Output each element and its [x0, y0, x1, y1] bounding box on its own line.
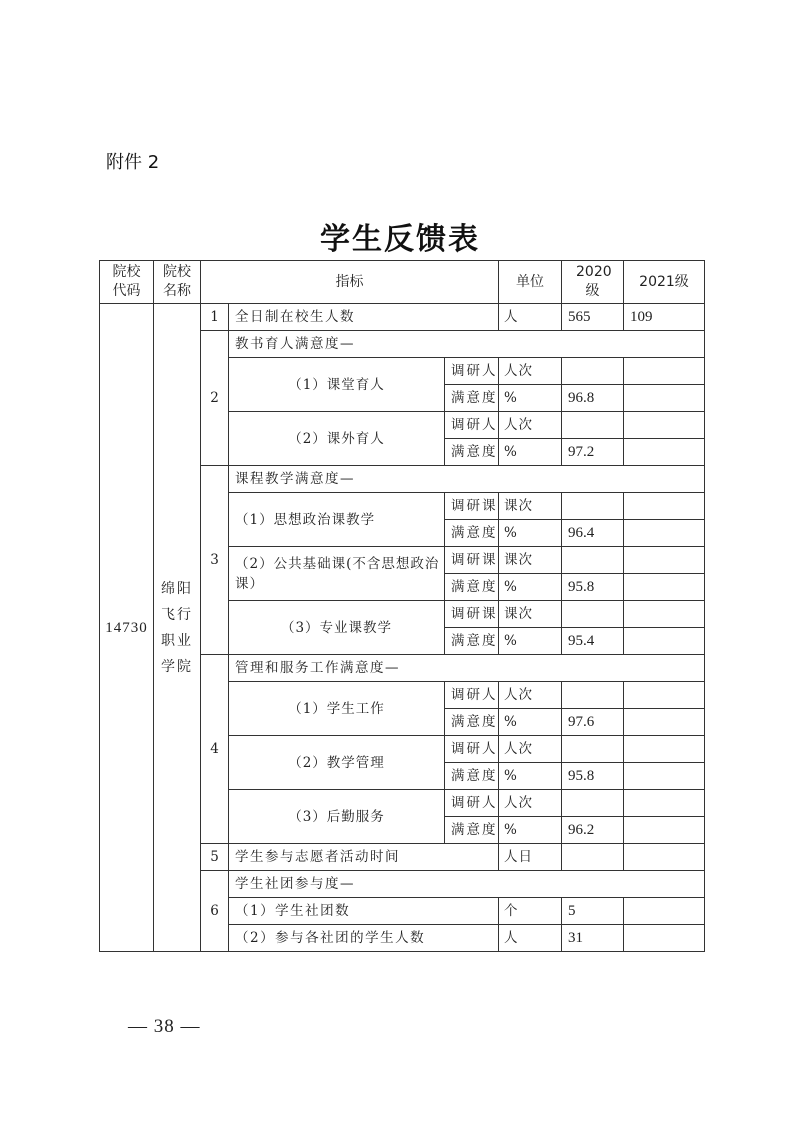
feedback-table: 院校代码 院校名称 指标 单位 2020级 2021级 备注 14730 绵阳飞…: [99, 260, 705, 952]
table-row: 14730 绵阳飞行职业学院 1 全日制在校生人数 人 565 109: [100, 304, 705, 331]
sub-item: （1）课堂育人: [229, 358, 445, 412]
value-2020: [562, 736, 624, 763]
sub-item: （3）后勤服务: [229, 790, 445, 844]
value-2021: [624, 385, 705, 412]
value-2021: [624, 547, 705, 574]
unit: %: [499, 385, 562, 412]
value-2021: [624, 844, 705, 871]
sub-item: （1）学生社团数: [229, 898, 499, 925]
sub-item: （2）参与各社团的学生人数: [229, 925, 499, 952]
group-title: 课程教学满意度—: [229, 466, 705, 493]
unit: 人次: [499, 790, 562, 817]
header-row: 院校代码 院校名称 指标 单位 2020级 2021级 备注: [100, 261, 705, 304]
unit: %: [499, 439, 562, 466]
value-2021: [624, 709, 705, 736]
value-2021: [624, 763, 705, 790]
metric: 调研人次: [445, 682, 499, 709]
school-name: 绵阳飞行职业学院: [154, 304, 201, 952]
header-indicator: 指标: [201, 261, 499, 304]
sub-item: （1）学生工作: [229, 682, 445, 736]
metric: 调研人次: [445, 358, 499, 385]
unit: %: [499, 709, 562, 736]
header-2021: 2021级: [624, 261, 705, 304]
unit: %: [499, 628, 562, 655]
indicator: 全日制在校生人数: [229, 304, 499, 331]
metric: 满意度: [445, 763, 499, 790]
value-2020: [562, 682, 624, 709]
unit: %: [499, 763, 562, 790]
metric: 调研人次: [445, 736, 499, 763]
page-number: — 38 —: [128, 1016, 201, 1038]
value-2020: [562, 358, 624, 385]
row-number: 3: [201, 466, 229, 655]
page-title: 学生反馈表: [0, 214, 794, 258]
value-2020: 565: [562, 304, 624, 331]
value-2020: [562, 790, 624, 817]
metric: 调研课次: [445, 601, 499, 628]
unit: 人次: [499, 412, 562, 439]
metric: 调研课次: [445, 493, 499, 520]
value-2021: [624, 817, 705, 844]
metric: 调研课次: [445, 547, 499, 574]
sub-item: （1）思想政治课教学: [229, 493, 445, 547]
metric: 满意度: [445, 709, 499, 736]
unit: 人: [499, 304, 562, 331]
metric: 满意度: [445, 439, 499, 466]
metric: 满意度: [445, 574, 499, 601]
row-number: 5: [201, 844, 229, 871]
value-2020: [562, 493, 624, 520]
unit: 人次: [499, 736, 562, 763]
value-2020: [562, 547, 624, 574]
unit: 人: [499, 925, 562, 952]
sub-item: （2）教学管理: [229, 736, 445, 790]
value-2020: 95.8: [562, 574, 624, 601]
value-2020: 96.2: [562, 817, 624, 844]
value-2020: 5: [562, 898, 624, 925]
value-2021: [624, 736, 705, 763]
value-2020: [562, 412, 624, 439]
row-number: 4: [201, 655, 229, 844]
value-2020: 95.8: [562, 763, 624, 790]
group-title: 学生社团参与度—: [229, 871, 705, 898]
unit: %: [499, 817, 562, 844]
header-unit: 单位: [499, 261, 562, 304]
value-2020: [562, 601, 624, 628]
unit: %: [499, 520, 562, 547]
value-2021: [624, 925, 705, 952]
value-2021: [624, 898, 705, 925]
value-2021: [624, 493, 705, 520]
value-2021: [624, 412, 705, 439]
value-2021: [624, 439, 705, 466]
header-2020: 2020级: [562, 261, 624, 304]
value-2021: 109: [624, 304, 705, 331]
value-2021: [624, 574, 705, 601]
value-2021: [624, 790, 705, 817]
value-2021: [624, 682, 705, 709]
unit: 课次: [499, 493, 562, 520]
unit: 人次: [499, 682, 562, 709]
header-name: 院校名称: [154, 261, 201, 304]
school-code: 14730: [100, 304, 154, 952]
group-title: 教书育人满意度—: [229, 331, 705, 358]
value-2021: [624, 628, 705, 655]
unit: 人日: [499, 844, 562, 871]
unit: 课次: [499, 601, 562, 628]
metric: 调研人次: [445, 790, 499, 817]
row-number: 2: [201, 331, 229, 466]
value-2021: [624, 601, 705, 628]
value-2020: 96.8: [562, 385, 624, 412]
row-number: 1: [201, 304, 229, 331]
unit: 课次: [499, 547, 562, 574]
value-2020: 31: [562, 925, 624, 952]
metric: 调研人次: [445, 412, 499, 439]
sub-item: （2）课外育人: [229, 412, 445, 466]
metric: 满意度: [445, 628, 499, 655]
value-2020: 97.6: [562, 709, 624, 736]
metric: 满意度: [445, 817, 499, 844]
metric: 满意度: [445, 520, 499, 547]
unit: %: [499, 574, 562, 601]
group-title: 管理和服务工作满意度—: [229, 655, 705, 682]
value-2021: [624, 358, 705, 385]
unit: 人次: [499, 358, 562, 385]
unit: 个: [499, 898, 562, 925]
row-number: 6: [201, 871, 229, 952]
header-code: 院校代码: [100, 261, 154, 304]
metric: 满意度: [445, 385, 499, 412]
indicator: 学生参与志愿者活动时间: [229, 844, 499, 871]
value-2021: [624, 520, 705, 547]
attachment-label: 附件 2: [106, 148, 159, 174]
value-2020: 97.2: [562, 439, 624, 466]
value-2020: [562, 844, 624, 871]
sub-item: （2）公共基础课(不含思想政治课）: [229, 547, 445, 601]
sub-item: （3）专业课教学: [229, 601, 445, 655]
value-2020: 95.4: [562, 628, 624, 655]
value-2020: 96.4: [562, 520, 624, 547]
